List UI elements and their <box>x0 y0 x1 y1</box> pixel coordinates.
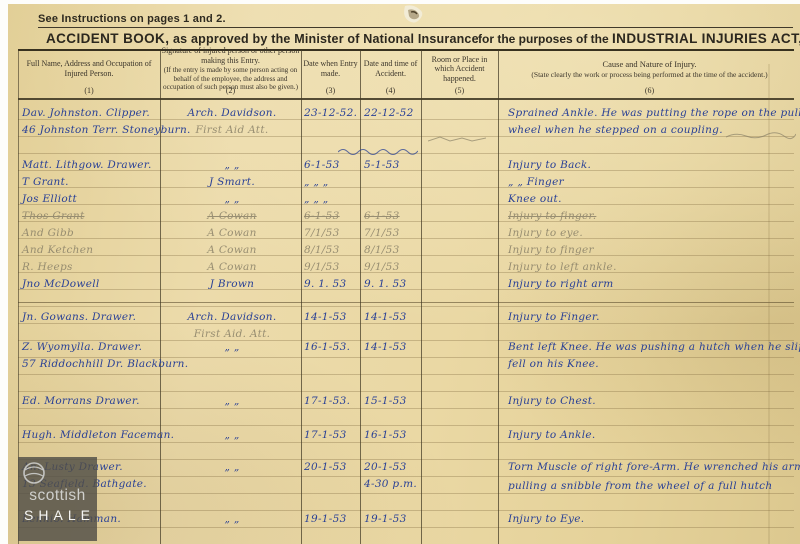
column-header-place: Room or Place in which Accident happened… <box>422 50 497 98</box>
entry-name-row-3: T Grant. <box>22 175 162 189</box>
entry-acc-row-1: 22-12-52 <box>364 106 419 120</box>
entry-sig-row-12: „ „ <box>168 394 296 408</box>
entry-acc-row-9: 9. 1. 53 <box>364 277 419 291</box>
entry-entry-row-8: 9/1/53 <box>304 260 358 274</box>
entry-entry-row-12: 17-1-53. <box>304 394 358 408</box>
entry-entry-row-6: 7/1/53 <box>304 226 358 240</box>
entry-injury-row-5: Injury to finger. <box>508 209 800 223</box>
entry-acc-row-8: 9/1/53 <box>364 260 419 274</box>
entry-injury-row-11: Bent left Knee. He was pushing a hutch w… <box>508 340 800 354</box>
entry-time-row-14: 4-30 p.m. <box>364 477 419 491</box>
column-divider-3 <box>360 50 361 544</box>
entry-injury-row-7: Injury to finger <box>508 243 800 257</box>
entry-injury-row-4: Knee out. <box>508 192 800 206</box>
column-sublabel: (State clearly the work or process being… <box>531 70 767 79</box>
entry-name-row-11: Z. Wyomylla. Drawer. <box>22 340 162 354</box>
entry-entry-row-1: 23-12-52. <box>304 106 358 120</box>
entry-name-row-13: Hugh. Middleton Faceman. <box>22 428 162 442</box>
form-title-right-pre: for the purposes of the <box>478 32 612 46</box>
entry-injury-row-1: Sprained Ankle. He was putting the rope … <box>508 106 800 120</box>
entry-injury-row-13: Injury to Ankle. <box>508 428 800 442</box>
entry-acc-row-11: 14-1-53 <box>364 340 419 354</box>
entry-acc-row-5: 6-1-53 <box>364 209 419 223</box>
entry-sig-row-5: A Cowan <box>168 209 296 223</box>
entry-entry-row-10: 14-1-53 <box>304 310 358 324</box>
entry-name-row-10: Jn. Gowans. Drawer. <box>22 310 162 324</box>
form-title-right: for the purposes of the INDUSTRIAL INJUR… <box>478 31 800 46</box>
entry-acc-row-10: 14-1-53 <box>364 310 419 324</box>
entry-name-row-4: Jos Elliott <box>22 192 162 206</box>
column-header-name: Full Name, Address and Occupation of Inj… <box>19 50 159 98</box>
scottish-shale-watermark: scottish SHALE <box>18 457 97 541</box>
entry-entry-row-7: 8/1/53 <box>304 243 358 257</box>
entry-acc-row-2: 5-1-53 <box>364 158 419 172</box>
paper-tear <box>399 4 429 30</box>
entry-injury-row-8: Injury to left ankle. <box>508 260 800 274</box>
column-label: Room or Place in which Accident happened… <box>422 55 497 84</box>
entry-acc-row-15: 19-1-53 <box>364 512 419 526</box>
entry-sig-row-10: First Aid. Att. <box>168 327 296 341</box>
column-header-injury: Cause and Nature of Injury. (State clear… <box>499 50 800 98</box>
entry-entry-row-11: 16-1-53. <box>304 340 358 354</box>
entry-sig-row-1: Arch. Davidson. <box>168 106 296 120</box>
header-bottom-border <box>18 98 794 100</box>
section-rule <box>18 302 794 303</box>
entry-injury-row-6: Injury to eye. <box>508 226 800 240</box>
entry-sig-row-2: „ „ <box>168 158 296 172</box>
entry-injury-row-9: Injury to right arm <box>508 277 800 291</box>
entry-injury-row-15: Injury to Eye. <box>508 512 800 526</box>
entry-name-row-12: Ed. Morrans Drawer. <box>22 394 162 408</box>
entry-injury-row-12: Injury to Chest. <box>508 394 800 408</box>
ink-scribble <box>338 145 418 157</box>
column-header-signature: Signature of injured person or other per… <box>161 50 300 98</box>
entry-name-row-9: Jno McDowell <box>22 277 162 291</box>
scanned-accident-book-page: See Instructions on pages 1 and 2. ACCID… <box>0 0 800 544</box>
form-title-rest: as approved by the Minister of National … <box>169 32 478 46</box>
column-number: (4) <box>361 86 420 95</box>
entry-acc-row-13: 16-1-53 <box>364 428 419 442</box>
entry-injury-row-14: pulling a snibble from the wheel of a fu… <box>508 479 800 493</box>
entry-entry-row-9: 9. 1. 53 <box>304 277 358 291</box>
paper-background: See Instructions on pages 1 and 2. ACCID… <box>8 4 800 544</box>
column-number: (5) <box>422 86 497 95</box>
form-title-strong: ACCIDENT BOOK, <box>46 31 169 46</box>
entry-entry-row-2: 6-1-53 <box>304 158 358 172</box>
entry-sig-row-9: J Brown <box>168 277 296 291</box>
column-header-date-accident: Date and time of Accident. (4) <box>361 50 420 98</box>
entry-injury-row-2: Injury to Back. <box>508 158 800 172</box>
entry-acc-row-6: 7/1/53 <box>364 226 419 240</box>
entry-sig-row-7: A Cowan <box>168 243 296 257</box>
entry-entry-row-13: 17-1-53 <box>304 428 358 442</box>
entry-name-row-11: 57 Riddochhill Dr. Blackburn. <box>22 357 162 371</box>
entry-injury-row-14: Torn Muscle of right fore-Arm. He wrench… <box>508 460 800 474</box>
entry-entry-row-4: „ „ „ <box>304 192 358 206</box>
entry-sig-row-10: Arch. Davidson. <box>168 310 296 324</box>
entry-acc-row-12: 15-1-53 <box>364 394 419 408</box>
entry-injury-row-3: „ „ Finger <box>508 175 800 189</box>
paper-crease <box>768 64 770 544</box>
column-number: (6) <box>499 86 800 95</box>
entry-acc-row-14: 20-1-53 <box>364 460 419 474</box>
form-title-right-strong: INDUSTRIAL INJURIES ACT, 1946. <box>612 31 800 46</box>
pencil-scribble <box>428 133 486 145</box>
entry-acc-row-7: 8/1/53 <box>364 243 419 257</box>
entry-entry-row-3: „ „ „ <box>304 175 358 189</box>
entry-name-row-7: And Ketchen <box>22 243 162 257</box>
entry-name-row-1: 46 Johnston Terr. Stoneyburn. <box>22 123 162 137</box>
entry-sig-row-1: First Aid Att. <box>168 123 296 137</box>
entry-sig-row-14: „ „ <box>168 460 296 474</box>
watermark-line1: scottish <box>18 487 97 505</box>
entry-name-row-6: And Gibb <box>22 226 162 240</box>
column-number: (1) <box>19 86 159 95</box>
column-number: (2) <box>161 86 300 95</box>
entry-injury-row-10: Injury to Finger. <box>508 310 800 324</box>
instructions-note: See Instructions on pages 1 and 2. <box>38 13 226 25</box>
entry-sig-row-15: „ „ <box>168 512 296 526</box>
form-title-left: ACCIDENT BOOK, as approved by the Minist… <box>46 31 470 46</box>
entry-sig-row-13: „ „ <box>168 428 296 442</box>
entry-sig-row-6: A Cowan <box>168 226 296 240</box>
column-number: (3) <box>302 86 359 95</box>
column-divider-5 <box>498 50 499 544</box>
entry-sig-row-4: „ „ <box>168 192 296 206</box>
pencil-scribble <box>726 129 796 141</box>
column-label: Cause and Nature of Injury. <box>602 59 696 69</box>
globe-icon <box>21 460 47 486</box>
entry-sig-row-8: A Cowan <box>168 260 296 274</box>
column-header-date-entry: Date when Entry made. (3) <box>302 50 359 98</box>
column-label: Full Name, Address and Occupation of Inj… <box>19 59 159 78</box>
entry-entry-row-15: 19-1-53 <box>304 512 358 526</box>
entry-injury-row-11: fell on his Knee. <box>508 357 800 371</box>
entry-name-row-8: R. Heeps <box>22 260 162 274</box>
watermark-line2: SHALE <box>22 507 97 523</box>
column-label: Signature of injured person or other per… <box>161 46 300 65</box>
entry-sig-row-11: „ „ <box>168 340 296 354</box>
entry-name-row-5: Thos Grant <box>22 209 162 223</box>
column-divider-4 <box>421 50 422 544</box>
column-label: Date when Entry made. <box>302 59 359 78</box>
entry-name-row-2: Matt. Lithgow. Drawer. <box>22 158 162 172</box>
column-divider-2 <box>301 50 302 544</box>
entry-entry-row-5: 6-1-53 <box>304 209 358 223</box>
entry-name-row-1: Dav. Johnston. Clipper. <box>22 106 162 120</box>
entry-entry-row-14: 20-1-53 <box>304 460 358 474</box>
column-label: Date and time of Accident. <box>361 59 420 78</box>
entry-sig-row-3: J Smart. <box>168 175 296 189</box>
